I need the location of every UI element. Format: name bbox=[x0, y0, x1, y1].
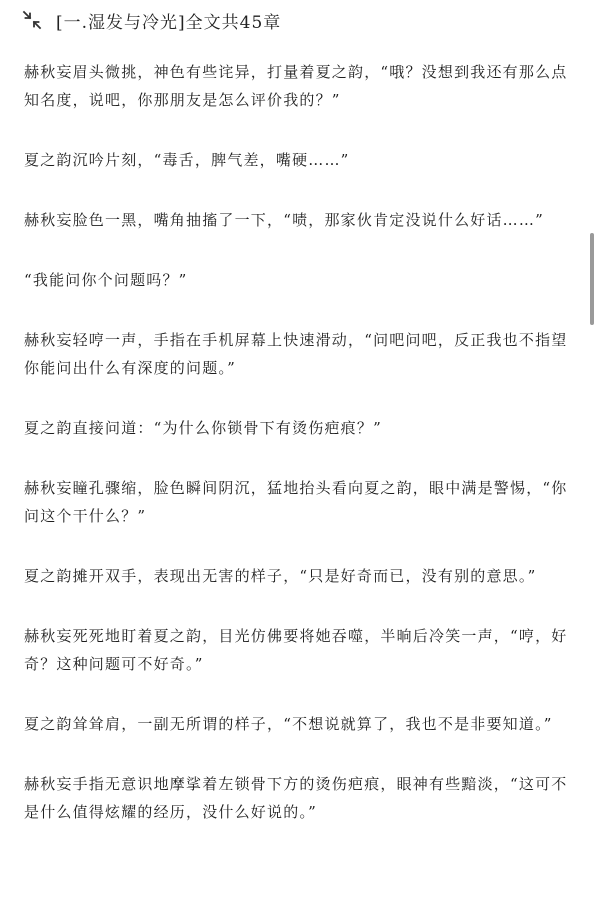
paragraph: 夏之韵摊开双手，表现出无害的样子，“只是好奇而已，没有别的意思。” bbox=[24, 562, 572, 590]
chapter-content: 赫秋妄眉头微挑，神色有些诧异，打量着夏之韵，“哦？没想到我还有那么点知名度，说吧… bbox=[24, 58, 572, 858]
paragraph: 夏之韵沉吟片刻，“毒舌，脾气差，嘴硬……” bbox=[24, 146, 572, 174]
paragraph: 赫秋妄瞳孔骤缩，脸色瞬间阴沉，猛地抬头看向夏之韵，眼中满是警惕，“你问这个干什么… bbox=[24, 474, 572, 530]
paragraph: 夏之韵直接问道：“为什么你锁骨下有烫伤疤痕？” bbox=[24, 414, 572, 442]
chapter-header: [一.湿发与冷光]全文共45章 bbox=[22, 6, 281, 34]
paragraph: 赫秋妄轻哼一声，手指在手机屏幕上快速滑动，“问吧问吧，反正我也不指望你能问出什么… bbox=[24, 326, 572, 382]
paragraph: 夏之韵耸耸肩，一副无所谓的样子，“不想说就算了，我也不是非要知道。” bbox=[24, 710, 572, 738]
paragraph: “我能问你个问题吗？” bbox=[24, 266, 572, 294]
paragraph: 赫秋妄死死地盯着夏之韵，目光仿佛要将她吞噬，半晌后冷笑一声，“哼，好奇？这种问题… bbox=[24, 622, 572, 678]
collapse-arrows-icon[interactable] bbox=[22, 10, 42, 30]
chapter-title: [一.湿发与冷光]全文共45章 bbox=[56, 8, 281, 33]
vertical-scrollbar[interactable] bbox=[590, 233, 594, 325]
paragraph: 赫秋妄手指无意识地摩挲着左锁骨下方的烫伤疤痕，眼神有些黯淡，“这可不是什么值得炫… bbox=[24, 770, 572, 826]
paragraph: 赫秋妄眉头微挑，神色有些诧异，打量着夏之韵，“哦？没想到我还有那么点知名度，说吧… bbox=[24, 58, 572, 114]
paragraph: 赫秋妄脸色一黑，嘴角抽搐了一下，“啧，那家伙肯定没说什么好话……” bbox=[24, 206, 572, 234]
